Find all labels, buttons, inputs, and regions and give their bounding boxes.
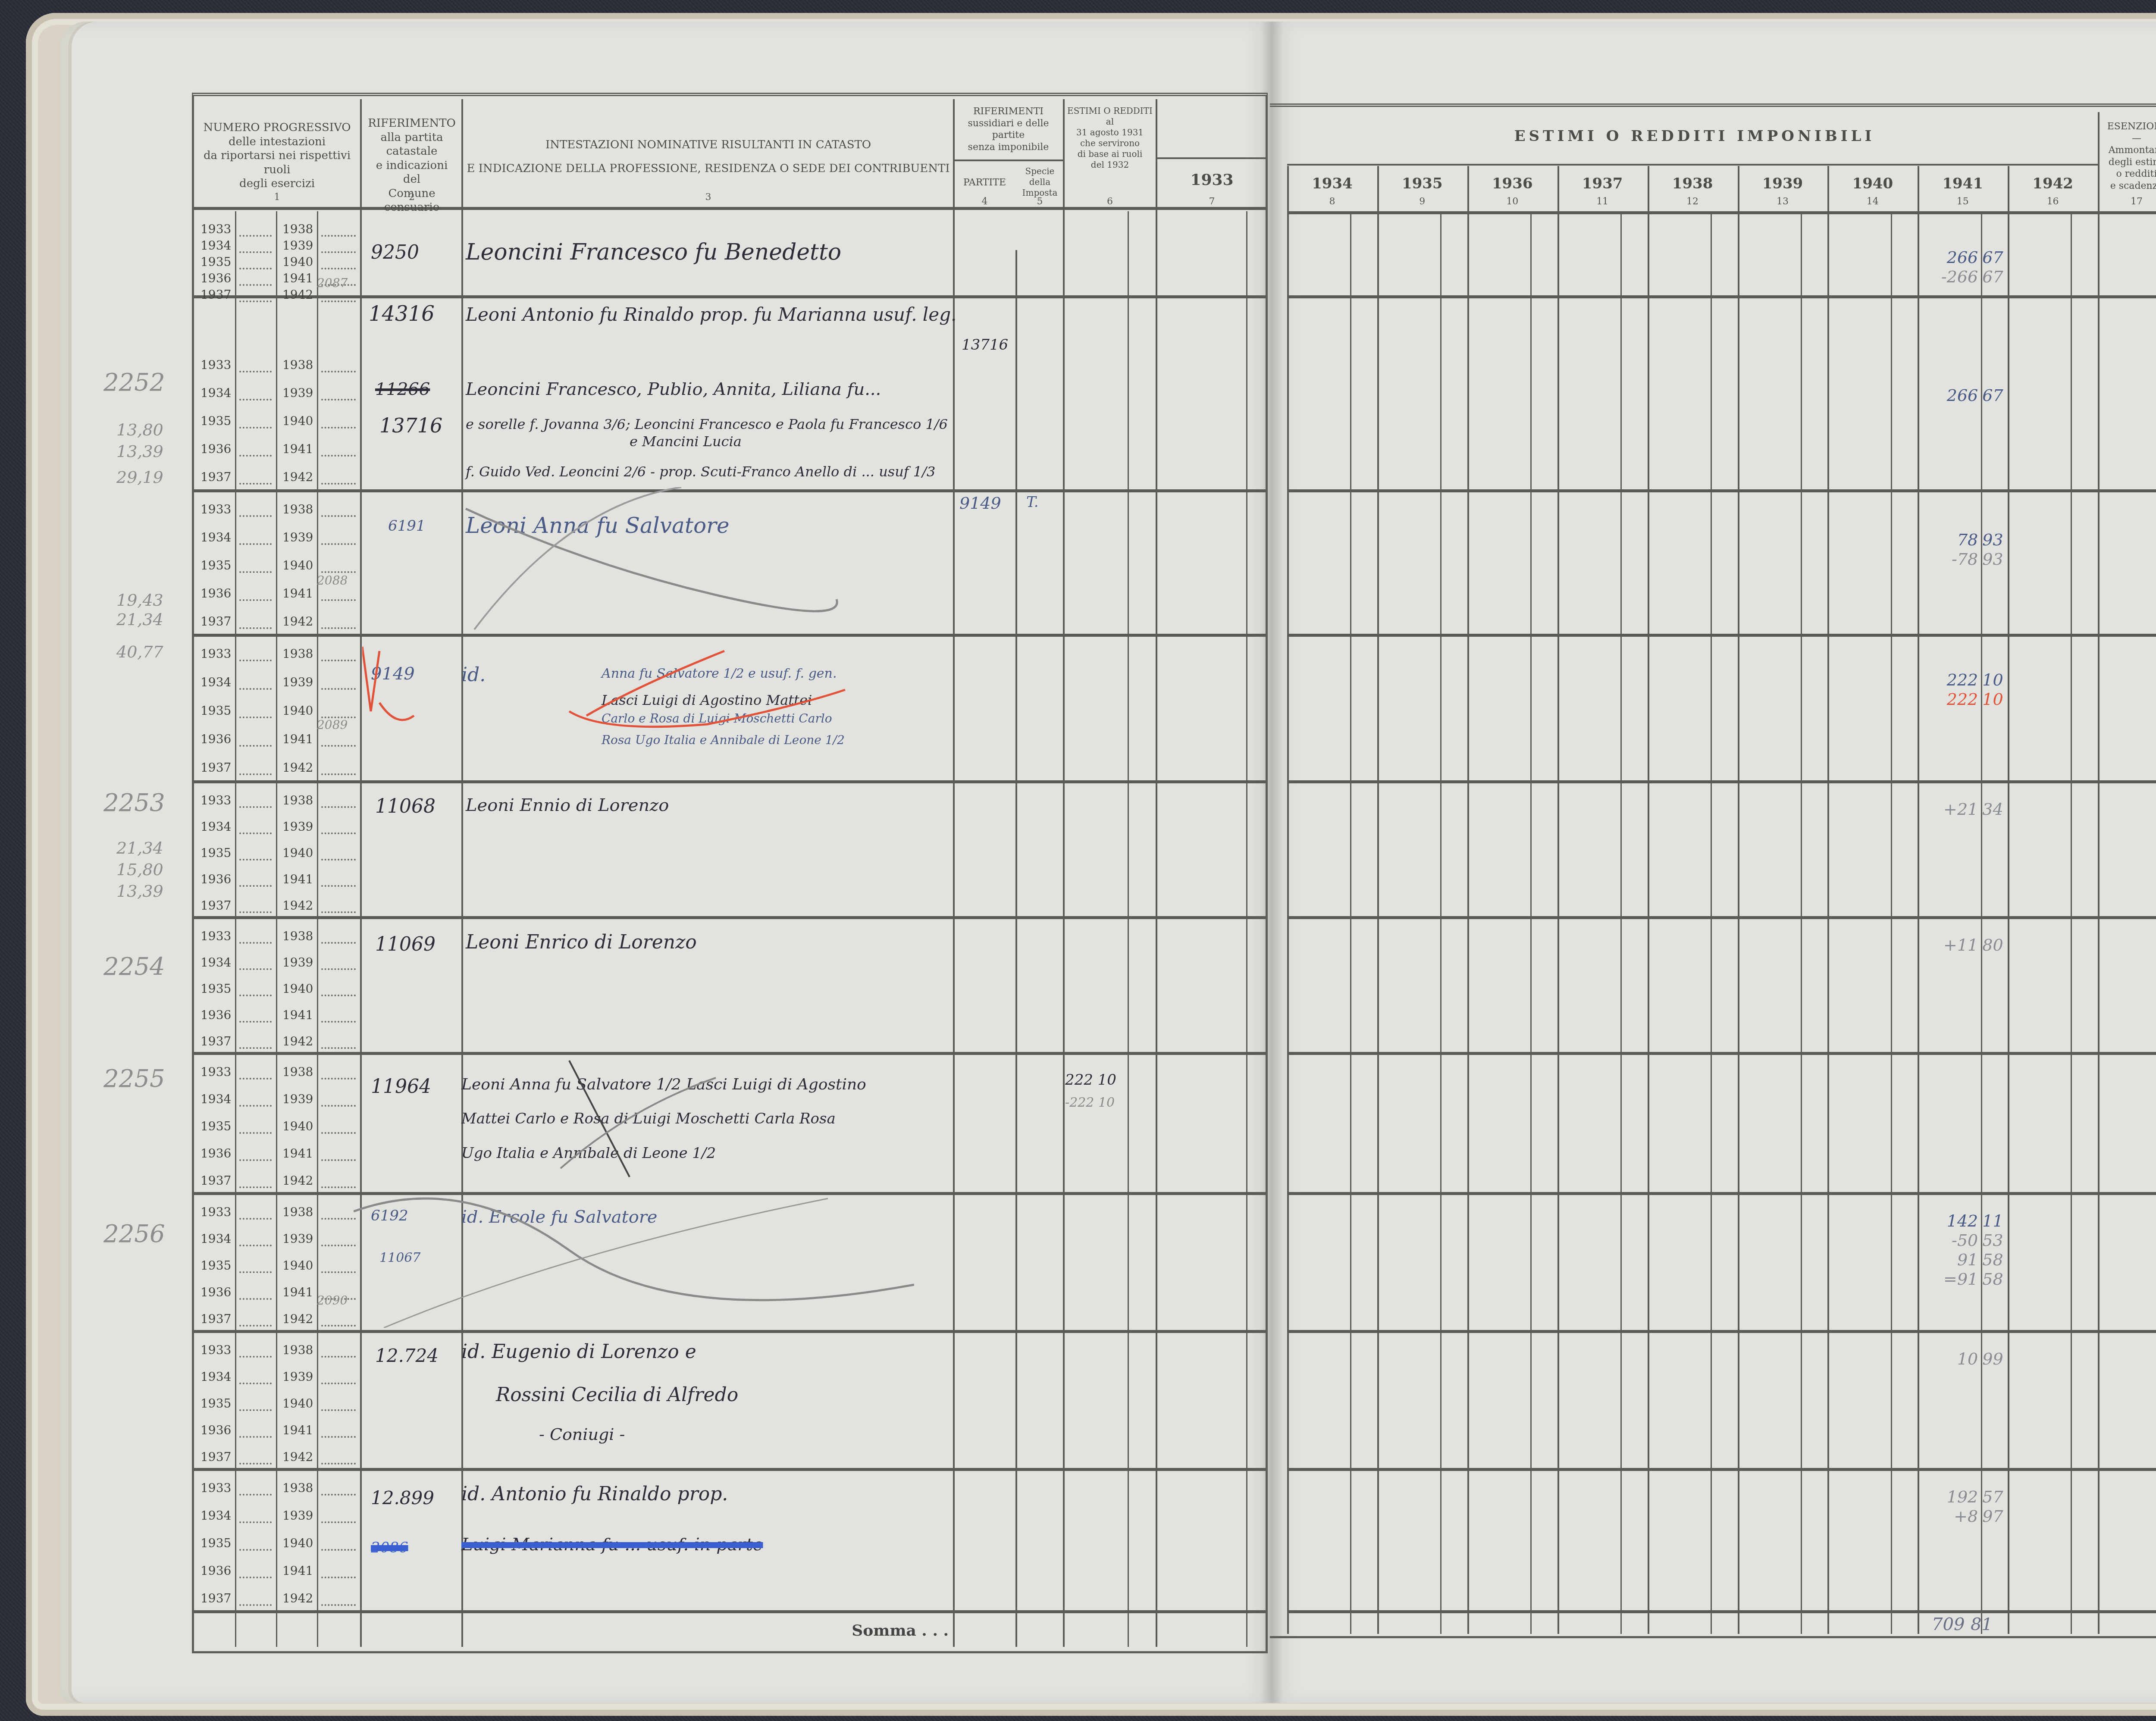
- year-label-right: 1940: [282, 1536, 313, 1550]
- entry-5-margin-number: 2253: [103, 789, 165, 817]
- year-label-left: 1936: [201, 1564, 231, 1578]
- value-1941-dec: 93: [1982, 530, 2003, 549]
- year-label-right: 1938: [282, 929, 313, 943]
- year-col-header-1940: 1940: [1827, 175, 1918, 193]
- year-label-right: 1939: [282, 955, 313, 970]
- year-fill-line: [239, 543, 272, 545]
- year-fill-line: [321, 427, 356, 429]
- entry-3-sussidiari: 9149: [959, 494, 1001, 513]
- value-1941-int: +11: [1926, 936, 1978, 954]
- year-fill-line: [239, 806, 272, 808]
- value-1941-dec: 10: [1982, 670, 2003, 689]
- year-label-left: 1935: [201, 255, 231, 269]
- entry-10-name: id. Antonio fu Rinaldo prop.: [461, 1483, 728, 1505]
- value-1941-dec: 53: [1982, 1231, 2003, 1250]
- value-1941-int: =91: [1926, 1270, 1978, 1289]
- year-fill-line: [239, 1577, 272, 1578]
- value-1941-dec: 67: [1982, 386, 2003, 405]
- year-label-left: 1935: [201, 1258, 231, 1273]
- year-fill-line: [239, 859, 272, 860]
- year-label-left: 1936: [201, 442, 231, 456]
- year-label-right: 1940: [282, 255, 313, 269]
- entry-4-red-cancel-marks: [362, 642, 880, 763]
- year-fill-line: [239, 1494, 272, 1496]
- year-col-number: 9: [1377, 196, 1467, 207]
- value-1941-dec: 67: [1982, 267, 2003, 286]
- year-label-right: 1938: [282, 502, 313, 516]
- year-label-right: 1938: [282, 222, 313, 236]
- year-label-left: 1933: [201, 222, 231, 236]
- col6-number: 6: [1064, 196, 1156, 207]
- entry-1-partita-struck: 9250: [371, 241, 419, 263]
- esenzioni-number: 17: [2100, 196, 2156, 207]
- year-fill-line: [239, 1271, 272, 1273]
- year-label-right: 1939: [282, 1508, 313, 1523]
- year-fill-line: [239, 773, 272, 775]
- entry-4-prog-number: 2089: [317, 718, 348, 732]
- year-col-divider: [2008, 166, 2009, 1634]
- col6-title: ESTIMI O REDDITI: [1064, 106, 1156, 116]
- r-entry-divider-4: [1287, 780, 2156, 783]
- year-col-cents-divider: [1350, 213, 1351, 1634]
- year-fill-line: [239, 1078, 272, 1080]
- year-label-left: 1937: [201, 1034, 231, 1048]
- estimi-title: ESTIMI O REDDITI IMPONIBILI: [1294, 127, 2096, 146]
- year-label-right: 1938: [282, 1205, 313, 1219]
- col1-title: NUMERO PROGRESSIVO: [194, 121, 360, 135]
- year-fill-line: [239, 1105, 272, 1107]
- entry-divider-1: [194, 295, 1266, 298]
- entry-2-margin-sub-1: 13,39: [116, 442, 163, 461]
- col2-title: RIFERIMENTO: [362, 116, 461, 131]
- year-label-right: 1940: [282, 558, 313, 573]
- year-fill-line: [321, 399, 356, 401]
- year-fill-line: [321, 1383, 356, 1384]
- year-fill-line: [239, 1409, 272, 1411]
- col3-number: 3: [464, 192, 953, 203]
- year-fill-line: [239, 627, 272, 629]
- value-1941-int: +21: [1926, 800, 1978, 819]
- r-entry-divider-9: [1287, 1468, 2156, 1471]
- year-label-right: 1940: [282, 1258, 313, 1273]
- year-fill-line: [321, 745, 356, 747]
- year-fill-line: [239, 942, 272, 944]
- year-label-right: 1941: [282, 586, 313, 601]
- entry-5-margin-sub-2: 13,39: [116, 882, 163, 901]
- year-col-cents-divider: [1711, 213, 1712, 1634]
- entry-1-partita-2: 14316: [369, 302, 435, 326]
- value-1941-dec: 10: [1982, 690, 2003, 709]
- year-fill-line: [239, 1463, 272, 1464]
- col45-split-rule: [953, 160, 1063, 161]
- year-fill-line: [239, 427, 272, 429]
- year-fill-line: [239, 284, 272, 286]
- year-label-right: 1941: [282, 1285, 313, 1299]
- year-fill-line: [321, 995, 356, 996]
- year-label-right: 1941: [282, 1008, 313, 1022]
- esenzioni-header: ESENZIONI — Ammontare degli estimi o red…: [2100, 121, 2156, 192]
- year-label-left: 1933: [201, 1205, 231, 1219]
- entry-2-line-3: f. Guido Ved. Leoncini 2/6 - prop. Scuti…: [466, 463, 935, 480]
- year-col-divider: [1467, 166, 1469, 1634]
- entry-2-partita: 13716: [379, 414, 442, 437]
- value-1941-int: 142: [1926, 1211, 1978, 1230]
- year-label-right: 1941: [282, 1564, 313, 1578]
- year-col-cents-divider: [1620, 213, 1622, 1634]
- year-fill-line: [239, 995, 272, 996]
- entry-7-margin-number: 2255: [103, 1065, 165, 1093]
- year-fill-line: [239, 1325, 272, 1327]
- value-1941-int: 266: [1926, 248, 1978, 267]
- year-label-left: 1934: [201, 1370, 231, 1384]
- year-label-right: 1942: [282, 470, 313, 484]
- year-fill-line: [239, 1521, 272, 1523]
- entry-3-partita: 6191: [388, 517, 426, 535]
- year-fill-line: [239, 885, 272, 887]
- year-fill-line: [321, 1105, 356, 1107]
- col1-sub-1: da riportarsi nei rispettivi ruoli: [194, 149, 360, 177]
- esenzioni-title: ESENZIONI: [2100, 121, 2156, 133]
- year-label-left: 1937: [201, 760, 231, 775]
- year-label-left: 1936: [201, 1146, 231, 1161]
- entry-2-name: Leoncini Francesco, Publio, Annita, Lili…: [466, 379, 881, 399]
- year-fill-line: [239, 1298, 272, 1300]
- year-col-divider: [1918, 166, 1919, 1634]
- col6-sub-1: 31 agosto 1931: [1064, 127, 1156, 138]
- esenzioni-sub-1: degli estimi: [2100, 156, 2156, 169]
- year-label-left: 1937: [201, 1450, 231, 1464]
- year-fill-line: [321, 1604, 356, 1606]
- year-col-divider: [1738, 166, 1739, 1634]
- year-fill-line: [239, 1245, 272, 1246]
- year-label-right: 1938: [282, 793, 313, 807]
- col7-year: 1933: [1157, 170, 1267, 190]
- year-fill-line: [239, 483, 272, 485]
- year-fill-line: [239, 1383, 272, 1384]
- year-label-right: 1942: [282, 760, 313, 775]
- year-fill-line: [239, 571, 272, 573]
- entry-9-partita: 12.724: [375, 1345, 439, 1366]
- right-table-frame: [1270, 103, 2156, 1638]
- year-label-left: 1936: [201, 872, 231, 886]
- year-fill-line: [239, 235, 272, 237]
- year-label-left: 1936: [201, 1285, 231, 1299]
- year-fill-line: [321, 1325, 356, 1327]
- value-1941-int: 10: [1926, 1349, 1978, 1368]
- year-col-divider: [1827, 166, 1829, 1634]
- year-label-right: 1942: [282, 1034, 313, 1048]
- year-fill-line: [239, 911, 272, 913]
- somma-label: Somma . . .: [819, 1621, 949, 1640]
- col1-header: NUMERO PROGRESSIVO delle intestazioni da…: [194, 121, 360, 191]
- year-col-number: 8: [1287, 196, 1377, 207]
- col4-number: 4: [954, 196, 1015, 207]
- year-col-header-1935: 1935: [1377, 175, 1467, 193]
- year-col-header-1941: 1941: [1918, 175, 2008, 193]
- value-1941-int: 222: [1926, 690, 1978, 709]
- year-fill-line: [239, 1021, 272, 1023]
- entry-divider-3: [194, 634, 1266, 637]
- year-label-left: 1935: [201, 704, 231, 718]
- entry-8-cancel-cross: [354, 1186, 914, 1328]
- year-label-left: 1937: [201, 1312, 231, 1326]
- entry-1-name: Leoncini Francesco fu Benedetto: [466, 239, 841, 265]
- year-label-left: 1934: [201, 530, 231, 544]
- value-1941-int: -78: [1926, 550, 1978, 569]
- year-fill-line: [321, 1245, 356, 1246]
- year-col-number: 15: [1918, 196, 2008, 207]
- year-fill-line: [321, 515, 356, 517]
- year-fill-line: [239, 717, 272, 718]
- year-label-left: 1933: [201, 793, 231, 807]
- entry-3-specie: T.: [1026, 494, 1039, 511]
- year-label-right: 1942: [282, 1450, 313, 1464]
- value-1941-int: 192: [1926, 1487, 1978, 1506]
- year-fill-line: [239, 1549, 272, 1551]
- value-1941-dec: 58: [1982, 1270, 2003, 1289]
- year-col-number: 11: [1557, 196, 1648, 207]
- entry-divider-4: [194, 780, 1266, 783]
- year-fill-line: [321, 660, 356, 661]
- year-col-number: 16: [2008, 196, 2098, 207]
- col-divider-2-3: [461, 99, 463, 1647]
- col45-sub-0: sussidiari e delle partite: [954, 118, 1063, 141]
- year-fill-line: [239, 1218, 272, 1220]
- entry-10-line-struck: Luigi Marianna fu ... usuf. in parte: [461, 1535, 763, 1555]
- year-label-right: 1938: [282, 1481, 313, 1495]
- col3-subtitle: E INDICAZIONE DELLA PROFESSIONE, RESIDEN…: [464, 162, 953, 176]
- col1-sub-a: [235, 211, 236, 1647]
- value-1941-dec: 99: [1982, 1349, 2003, 1368]
- year-fill-line: [321, 483, 356, 485]
- year-fill-line: [239, 1047, 272, 1049]
- year-label-left: 1933: [201, 502, 231, 516]
- year-fill-line: [321, 251, 356, 253]
- year-col-cents-divider: [1891, 213, 1892, 1634]
- year-col-header-1938: 1938: [1648, 175, 1738, 193]
- col3-title: INTESTAZIONI NOMINATIVE RISULTANTI IN CA…: [464, 138, 953, 152]
- year-col-header-1939: 1939: [1738, 175, 1828, 193]
- year-fill-line: [239, 745, 272, 747]
- entry-5-margin-sub-1: 15,80: [116, 860, 163, 879]
- col7-number: 7: [1157, 196, 1267, 207]
- year-fill-line: [239, 251, 272, 253]
- year-fill-line: [239, 1186, 272, 1188]
- year-label-left: 1934: [201, 386, 231, 400]
- r-entry-divider-6: [1287, 1052, 2156, 1055]
- year-fill-line: [239, 1132, 272, 1134]
- year-fill-line: [239, 455, 272, 457]
- esenzioni-sub-3: e scadenze: [2100, 180, 2156, 192]
- year-fill-line: [321, 371, 356, 372]
- year-label-right: 1941: [282, 872, 313, 886]
- year-label-right: 1938: [282, 647, 313, 661]
- entry-3-margin-sub-2: 40,77: [116, 642, 163, 661]
- year-fill-line: [321, 1132, 356, 1134]
- year-fill-line: [239, 1159, 272, 1161]
- year-label-left: 1935: [201, 558, 231, 573]
- r-entry-divider-3: [1287, 634, 2156, 637]
- year-label-right: 1941: [282, 732, 313, 746]
- year-label-left: 1933: [201, 929, 231, 943]
- col-divider-3-4: [953, 99, 955, 1647]
- year-label-right: 1938: [282, 1343, 313, 1357]
- col5-number: 5: [1017, 196, 1063, 207]
- entry-6-margin-number: 2254: [103, 953, 165, 981]
- col1-sub-c: [317, 211, 318, 1647]
- year-label-right: 1940: [282, 1119, 313, 1133]
- entry-9-line-2: Rossini Cecilia di Alfredo: [496, 1384, 738, 1406]
- value-1941-int: -50: [1926, 1231, 1978, 1250]
- value-1941-dec: 11: [1982, 1211, 2003, 1230]
- year-fill-line: [321, 1494, 356, 1496]
- col6-sub-0: al: [1064, 116, 1156, 127]
- year-fill-line: [321, 832, 356, 834]
- value-1941-dec: 34: [1982, 800, 2003, 819]
- year-fill-line: [321, 1078, 356, 1080]
- col-divider-1-2: [360, 99, 362, 1647]
- header-bottom-rule: [194, 207, 1266, 210]
- year-fill-line: [321, 1463, 356, 1464]
- entry-3-cancel-cross: [457, 487, 845, 634]
- year-fill-line: [321, 1271, 356, 1273]
- year-label-right: 1938: [282, 1065, 313, 1079]
- entry-6-partita: 11069: [375, 933, 436, 955]
- somma-1941-int: 709: [1932, 1615, 1965, 1634]
- year-fill-line: [321, 627, 356, 629]
- year-fill-line: [321, 599, 356, 601]
- year-label-right: 1939: [282, 386, 313, 400]
- r-entry-divider-7: [1287, 1192, 2156, 1195]
- col2-sub-0: alla partita catastale: [362, 131, 461, 159]
- year-fill-line: [321, 968, 356, 970]
- year-label-left: 1937: [201, 288, 231, 302]
- year-label-right: 1939: [282, 675, 313, 689]
- year-fill-line: [239, 832, 272, 834]
- year-label-right: 1942: [282, 614, 313, 629]
- entry-2-margin-sub-2: 29,19: [116, 468, 163, 487]
- year-fill-line: [321, 1186, 356, 1188]
- year-fill-line: [321, 859, 356, 860]
- year-fill-line: [321, 1521, 356, 1523]
- year-label-right: 1939: [282, 820, 313, 834]
- year-label-right: 1942: [282, 288, 313, 302]
- year-fill-line: [321, 268, 356, 269]
- col6-sub-2: che servirono: [1064, 138, 1156, 149]
- entry-2-sussidiari: 13716: [962, 336, 1008, 354]
- year-fill-line: [321, 806, 356, 808]
- entry-2-partita-struck: 11266: [375, 379, 430, 399]
- year-fill-line: [321, 1409, 356, 1411]
- entry-10-partita: 12.899: [371, 1487, 434, 1508]
- r-entry-divider-8: [1287, 1330, 2156, 1333]
- year-label-right: 1939: [282, 238, 313, 253]
- year-col-cents-divider: [2071, 213, 2072, 1634]
- value-1941-int: 266: [1926, 386, 1978, 405]
- year-label-right: 1942: [282, 1312, 313, 1326]
- col-divider-6-7: [1156, 99, 1157, 1647]
- year-col-divider: [1287, 166, 1289, 1634]
- entry-5-margin-sub-0: 21,34: [116, 839, 163, 857]
- year-label-left: 1937: [201, 1173, 231, 1188]
- esenzioni-dash: —: [2100, 133, 2156, 145]
- year-fill-line: [239, 1436, 272, 1438]
- entry-divider-6: [194, 1052, 1266, 1055]
- year-label-left: 1936: [201, 586, 231, 601]
- year-label-right: 1942: [282, 898, 313, 913]
- year-label-left: 1934: [201, 675, 231, 689]
- year-col-cents-divider: [1981, 213, 1982, 1634]
- year-label-right: 1941: [282, 271, 313, 285]
- value-1941-dec: 58: [1982, 1250, 2003, 1269]
- col1-number: 1: [194, 192, 360, 203]
- year-label-left: 1933: [201, 1343, 231, 1357]
- entry-7-partita: 11964: [371, 1076, 431, 1098]
- year-label-left: 1937: [201, 470, 231, 484]
- entry-8-prog-number: 2090: [317, 1293, 348, 1308]
- entry-1-name-2: Leoni Antonio fu Rinaldo prop. fu Marian…: [466, 304, 956, 325]
- year-label-right: 1942: [282, 1173, 313, 1188]
- col7-sub: [1246, 211, 1247, 1647]
- col2-sub-1: e indicazioni: [362, 159, 461, 173]
- col6-sub-4: del 1932: [1064, 160, 1156, 170]
- col45-title: RIFERIMENTI: [954, 106, 1063, 118]
- year-fill-line: [239, 268, 272, 269]
- year-fill-line: [321, 235, 356, 237]
- year-col-cents-divider: [1440, 213, 1442, 1634]
- year-label-right: 1939: [282, 1370, 313, 1384]
- year-col-number: 14: [1827, 196, 1918, 207]
- value-1941-int: 91: [1926, 1250, 1978, 1269]
- col5-title: Specie della Imposta: [1017, 166, 1063, 198]
- year-fill-line: [321, 911, 356, 913]
- year-fill-line: [239, 968, 272, 970]
- year-label-left: 1933: [201, 647, 231, 661]
- year-col-number: 12: [1648, 196, 1738, 207]
- entry-2-margin-number: 2252: [103, 369, 165, 397]
- entry-3-margin-sub-0: 19,43: [116, 591, 163, 610]
- col1-sub-2: degli esercizi: [194, 177, 360, 191]
- col-divider-4-5: [1015, 250, 1017, 1647]
- year-label-right: 1939: [282, 530, 313, 544]
- year-label-right: 1940: [282, 1396, 313, 1411]
- year-label-left: 1935: [201, 1396, 231, 1411]
- entry-divider-9: [194, 1468, 1266, 1471]
- entry-3-prog-number: 2088: [317, 573, 348, 588]
- year-label-right: 1939: [282, 1092, 313, 1106]
- year-label-right: 1941: [282, 1423, 313, 1437]
- year-label-left: 1935: [201, 1536, 231, 1550]
- year-label-left: 1934: [201, 955, 231, 970]
- year-fill-line: [321, 300, 356, 302]
- entry-9-name: id. Eugenio di Lorenzo e: [461, 1341, 696, 1363]
- col-divider-16-17: [2098, 112, 2100, 1634]
- entry-6-name: Leoni Enrico di Lorenzo: [466, 931, 697, 953]
- left-table-frame: [192, 93, 1268, 1653]
- value-1941-int: 222: [1926, 670, 1978, 689]
- value-1941-dec: 97: [1982, 1507, 2003, 1526]
- entry-5-partita: 11068: [375, 795, 436, 817]
- year-label-right: 1939: [282, 1232, 313, 1246]
- esenzioni-sub-0: Ammontare: [2100, 144, 2156, 156]
- entry-7-col6-value: 222 10: [1065, 1071, 1116, 1089]
- col4-title: PARTITE: [954, 177, 1015, 189]
- year-label-right: 1940: [282, 846, 313, 860]
- year-label-left: 1935: [201, 846, 231, 860]
- value-1941-int: -266: [1926, 267, 1978, 286]
- year-col-header-1934: 1934: [1287, 175, 1377, 193]
- col2-number: 2: [362, 192, 461, 203]
